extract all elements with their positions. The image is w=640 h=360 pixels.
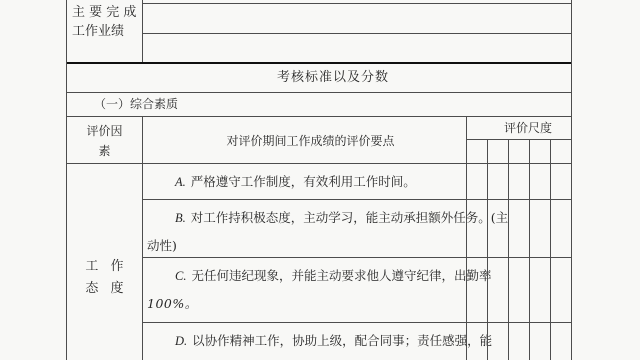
criterion-letter: C. — [175, 269, 186, 283]
criterion-row-b: B.对工作持积极态度，主动学习，能主动承担额外任务。(主 动性) — [143, 200, 571, 258]
scale-cell — [550, 164, 571, 199]
scale-row — [467, 323, 571, 360]
scale-cell — [550, 258, 571, 322]
scale-row — [467, 164, 571, 199]
scale-row — [467, 258, 571, 322]
factor-header-line2: 素 — [67, 141, 142, 161]
criterion-row-c: C.无任何违纪现象，并能主动要求他人遵守纪律，出勤率 100%。 — [143, 258, 571, 323]
scale-cell — [529, 258, 550, 322]
criterion-text: 对工作持积极态度，主动学习，能主动承担额外任务。(主 — [191, 210, 508, 225]
attitude-label-line1: 工 作 — [81, 256, 127, 278]
scale-cell — [508, 164, 529, 199]
criterion-line1: B.对工作持积极态度，主动学习，能主动承担额外任务。(主 — [143, 208, 466, 228]
criterion-text-cell: C.无任何违纪现象，并能主动要求他人遵守纪律，出勤率 100%。 — [143, 258, 467, 322]
criterion-line1: C.无任何违纪现象，并能主动要求他人遵守纪律，出勤率 — [143, 266, 466, 286]
achievements-label-cell: 主 要 完 成 工作业绩 — [67, 0, 143, 62]
criterion-row-d: D.以协作精神工作，协助上级，配合同事；责任感强，能 — [143, 323, 571, 360]
criterion-line2: 动性) — [143, 236, 466, 256]
scale-cell — [550, 323, 571, 360]
scale-subcell — [467, 140, 487, 163]
achievements-label-line1: 主 要 完 成 — [72, 3, 142, 22]
standards-title: 考核标准以及分数 — [67, 64, 571, 93]
achievements-blank-row — [143, 34, 571, 62]
criterion-line1: A.严格遵守工作制度，有效利用工作时间。 — [143, 172, 466, 192]
points-header-cell: 对评价期间工作成绩的评价要点 — [143, 117, 467, 163]
criterion-text-cell: B.对工作持积极态度，主动学习，能主动承担额外任务。(主 动性) — [143, 200, 467, 257]
achievements-label-line2: 工作业绩 — [72, 22, 142, 41]
criterion-letter: B. — [175, 211, 186, 225]
scale-cell — [467, 164, 487, 199]
scale-cell — [508, 323, 529, 360]
scale-cell — [467, 258, 487, 322]
scale-cell — [529, 200, 550, 257]
scale-cell — [508, 258, 529, 322]
scale-subcell — [550, 140, 571, 163]
criterion-letter: A. — [175, 175, 186, 189]
scale-cell — [487, 164, 508, 199]
criterion-line2: 100%。 — [143, 294, 466, 314]
scale-cell — [550, 200, 571, 257]
scale-subcell — [529, 140, 550, 163]
scale-cell — [487, 323, 508, 360]
category-title: （一）综合素质 — [67, 93, 571, 117]
attitude-group-label-cell: 工 作 态 度 — [67, 164, 143, 360]
scale-subcell — [487, 140, 508, 163]
scale-cell — [529, 323, 550, 360]
achievements-entry-area — [143, 0, 571, 62]
achievements-section: 主 要 完 成 工作业绩 — [67, 0, 571, 64]
scale-cell — [487, 258, 508, 322]
appraisal-form-page: 主 要 完 成 工作业绩 考核标准以及分数 （一）综合素质 评价因 素 对评价期… — [0, 0, 640, 360]
scale-cell — [467, 323, 487, 360]
criterion-row-a: A.严格遵守工作制度，有效利用工作时间。 — [143, 164, 571, 200]
attitude-label-line2: 态 度 — [81, 278, 127, 300]
scale-row — [467, 200, 571, 257]
criterion-text-cell: A.严格遵守工作制度，有效利用工作时间。 — [143, 164, 467, 199]
criterion-line1: D.以协作精神工作，协助上级，配合同事；责任感强，能 — [143, 331, 466, 351]
criterion-text-cell: D.以协作精神工作，协助上级，配合同事；责任感强，能 — [143, 323, 467, 360]
criteria-body: 工 作 态 度 A.严格遵守工作制度，有效利用工作时间。 — [67, 164, 571, 360]
criterion-text: 严格遵守工作制度，有效利用工作时间。 — [191, 174, 416, 189]
scale-cell — [467, 200, 487, 257]
scale-subcell — [508, 140, 529, 163]
criterion-letter: D. — [175, 334, 187, 348]
scale-header-title: 评价尺度 — [467, 117, 571, 140]
criterion-text: 无任何违纪现象，并能主动要求他人遵守纪律，出勤率 — [191, 268, 491, 283]
factor-header-line1: 评价因 — [67, 121, 142, 141]
scale-header-cell: 评价尺度 — [467, 117, 571, 163]
criteria-rows: A.严格遵守工作制度，有效利用工作时间。 B.对工作持积极态度，主动学习，能主动… — [143, 164, 571, 360]
scale-cell — [508, 200, 529, 257]
criterion-text: 以协作精神工作，协助上级，配合同事；责任感强，能 — [192, 333, 492, 348]
achievements-blank-row — [143, 4, 571, 34]
evaluation-form-table: 主 要 完 成 工作业绩 考核标准以及分数 （一）综合素质 评价因 素 对评价期… — [66, 0, 572, 360]
scale-cell — [487, 200, 508, 257]
scale-cell — [529, 164, 550, 199]
criteria-header-row: 评价因 素 对评价期间工作成绩的评价要点 评价尺度 — [67, 117, 571, 164]
factor-header-cell: 评价因 素 — [67, 117, 143, 163]
scale-subheader-row — [467, 140, 571, 163]
